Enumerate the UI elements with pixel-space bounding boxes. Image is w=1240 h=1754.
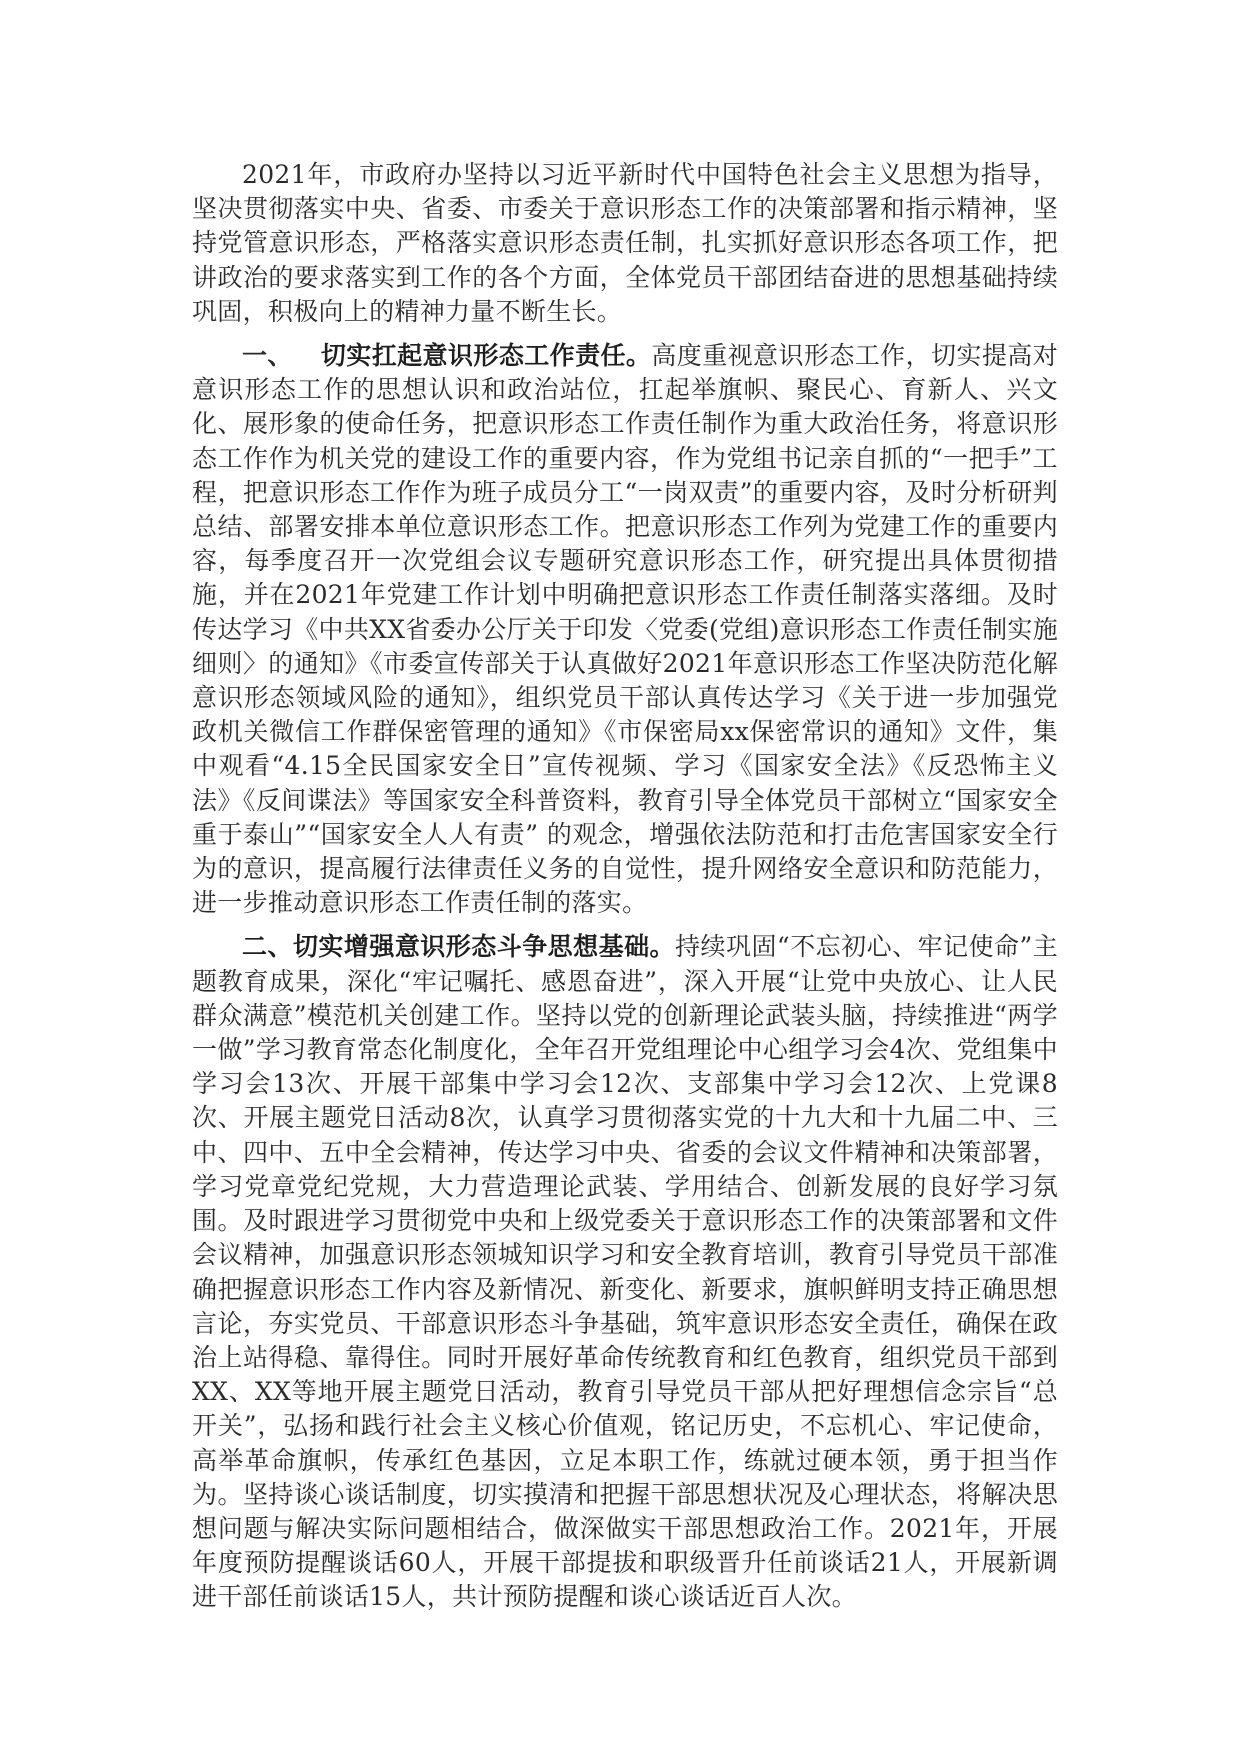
- intro-paragraph: 2021年，市政府办坚持以习近平新时代中国特色社会主义思想为指导，坚决贯彻落实中…: [192, 158, 1058, 329]
- section-2-paragraph: 二、切实增强意识形态斗争思想基础。持续巩固“不忘初心、牢记使命”主题教育成果，深…: [192, 930, 1058, 1614]
- section-2-heading: 二、切实增强意识形态斗争思想基础。: [242, 932, 675, 961]
- section-2-body: 持续巩固“不忘初心、牢记使命”主题教育成果，深化“牢记嘱托、感恩奋进”，深入开展…: [192, 932, 1058, 1611]
- document-page: 2021年，市政府办坚持以习近平新时代中国特色社会主义思想为指导，坚决贯彻落实中…: [192, 158, 1058, 1625]
- section-1-heading: 切实扛起意识形态工作责任。: [321, 341, 652, 370]
- intro-text: 2021年，市政府办坚持以习近平新时代中国特色社会主义思想为指导，坚决贯彻落实中…: [192, 160, 1058, 326]
- section-1-body: 高度重视意识形态工作，切实提高对意识形态工作的思想认识和政治站位，扛起举旗帜、聚…: [192, 341, 1058, 917]
- section-1-number: 一、: [242, 341, 293, 370]
- section-1-paragraph: 一、切实扛起意识形态工作责任。高度重视意识形态工作，切实提高对意识形态工作的思想…: [192, 339, 1058, 920]
